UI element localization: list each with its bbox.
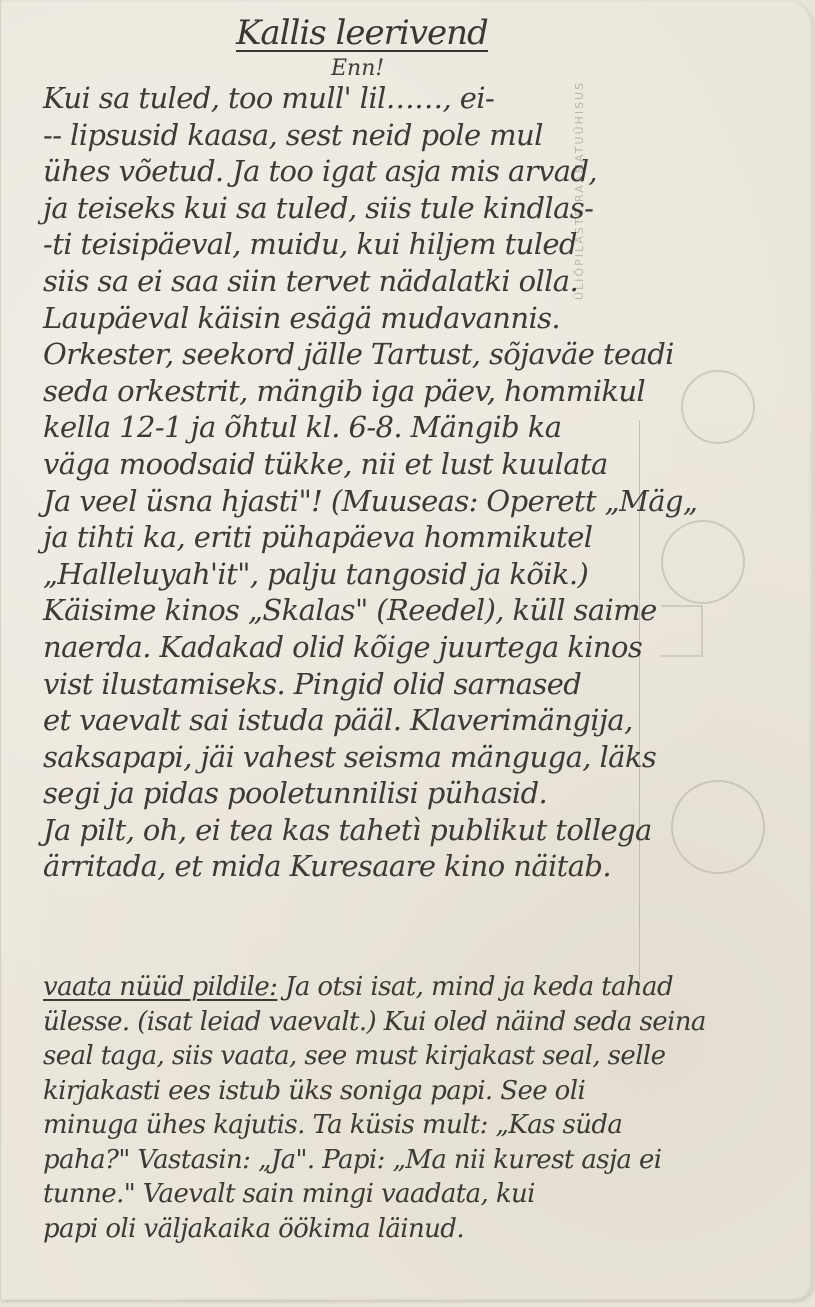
postcard: ÜLIÕPILASTE RAAMATUÜHISUS Kallis leerive…	[0, 0, 813, 1300]
letter-line: saksapapi, jäi vahest seisma mänguga, lä…	[43, 739, 813, 776]
letter-line: ärritada, et mida Kuresaare kino näitab.	[43, 848, 813, 885]
letter-line-text: Ja otsi isat, mind ja keda tahad	[277, 972, 673, 1002]
letter-line: Ja pilt, oh, ei tea kas tahetì publikut …	[43, 812, 813, 849]
letter-line: paha?" Vastasin: „Ja". Papi: „Ma nii kur…	[43, 1143, 813, 1178]
letter-line: tunne." Vaevalt sain mingi vaadata, kui	[43, 1177, 813, 1212]
letter-line: väga moodsaid tükke, nii et lust kuulata	[43, 446, 813, 483]
letter-line: kella 12-1 ja õhtul kl. 6-8. Mängib ka	[43, 409, 813, 446]
letter-line: seal taga, siis vaata, see must kirjakas…	[43, 1039, 813, 1074]
letter-line: Ja veel üsna hjasti"! (Muuseas: Operett …	[43, 483, 813, 520]
underlined-phrase: vaata nüüd pildile:	[43, 972, 277, 1002]
letter-line: Käisime kinos „Skalas" (Reedel), küll sa…	[43, 592, 813, 629]
letter-line: vaata nüüd pildile: Ja otsi isat, mind j…	[43, 970, 813, 1005]
letter-line: kirjakasti ees istub üks soniga papi. Se…	[43, 1074, 813, 1109]
letter-line: seda orkestrit, mängib iga päev, hommiku…	[43, 373, 813, 410]
letter-line: vist ilustamiseks. Pingid olid sarnased	[43, 666, 813, 703]
letter-line: -- lipsusid kaasa, sest neid pole mul	[43, 117, 813, 154]
letter-line: Orkester, seekord jälle Tartust, sõjaväe…	[43, 336, 813, 373]
letter-line: siis sa ei saa siin tervet nädalatki oll…	[43, 263, 813, 300]
letter-line: papi oli väljakaika öökima läinud.	[43, 1212, 813, 1247]
letter-lower-section: vaata nüüd pildile: Ja otsi isat, mind j…	[43, 970, 813, 1246]
letter-line: ühes võetud. Ja too igat asja mis arvad,	[43, 153, 813, 190]
letter-line: ülesse. (isat leiad vaevalt.) Kui oled n…	[43, 1005, 813, 1040]
letter-line: et vaevalt sai istuda pääl. Klaverimängi…	[43, 702, 813, 739]
letter-line: naerda. Kadakad olid kõige juurtega kino…	[43, 629, 813, 666]
letter-line: segi ja pidas pooletunnilisi pühasid.	[43, 775, 813, 812]
letter-salutation: Enn!	[331, 56, 384, 81]
letter-line: ja teiseks kui sa tuled, siis tule kindl…	[43, 190, 813, 227]
letter-line: „Halleluyah'it", palju tangosid ja kõik.…	[43, 556, 813, 593]
letter-line: ja tihti ka, eriti pühapäeva hommikutel	[43, 519, 813, 556]
letter-heading: Kallis leerivend	[236, 16, 488, 52]
letter-line: Laupäeval käisin esägä mudavannis.	[43, 300, 813, 337]
letter-line: Kui sa tuled, too mull' lil……, ei-	[43, 80, 813, 117]
letter-line: -ti teisipäeval, muidu, kui hiljem tuled	[43, 226, 813, 263]
letter-line: minuga ühes kajutis. Ta küsis mult: „Kas…	[43, 1108, 813, 1143]
letter-body: Kui sa tuled, too mull' lil……, ei- -- li…	[43, 80, 813, 885]
